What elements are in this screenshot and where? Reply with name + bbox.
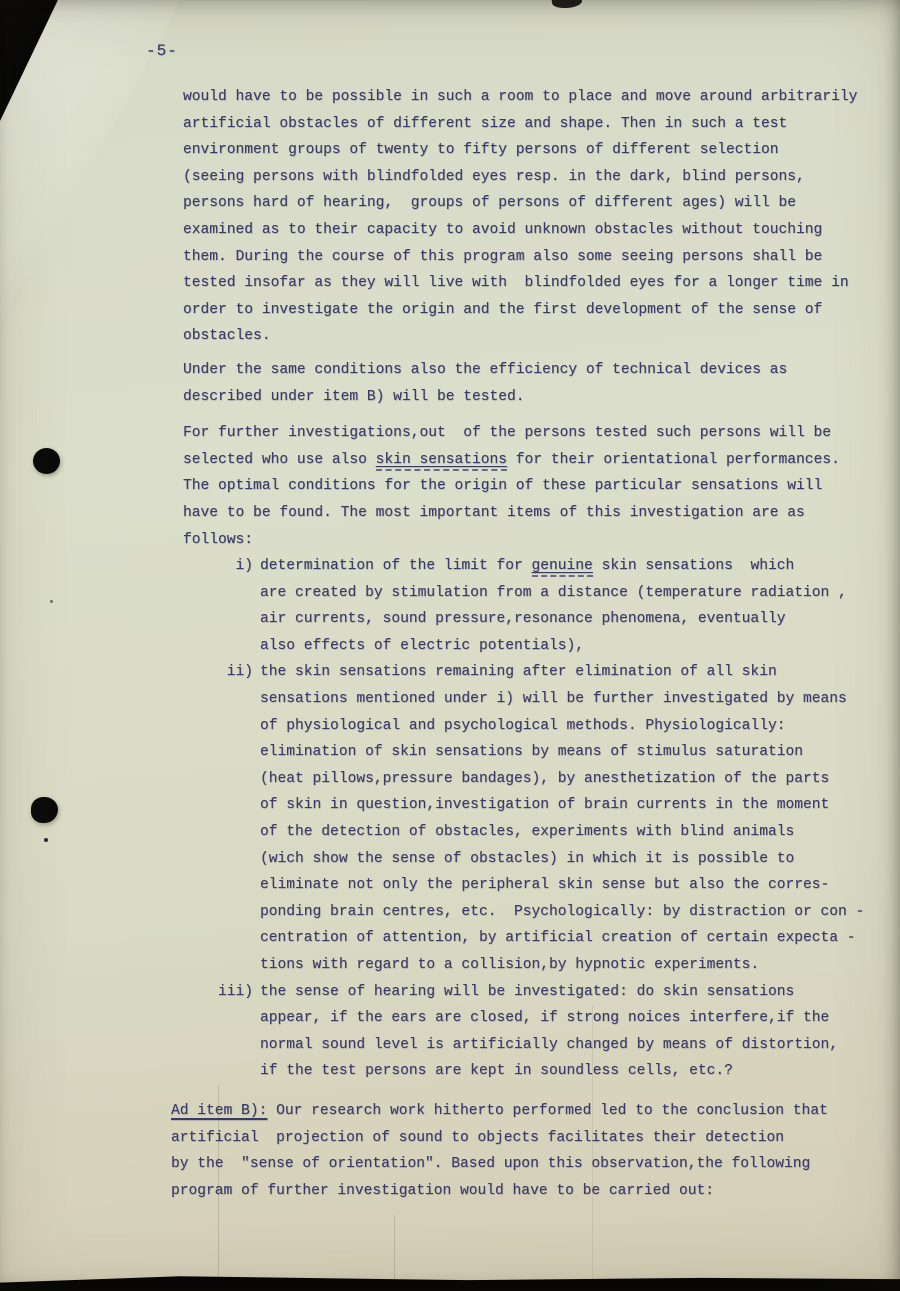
scan-artifact-top-mark: [551, 0, 582, 10]
ink-speck: [50, 600, 53, 603]
list-item-iii-text: the sense of hearing will be investigate…: [260, 979, 889, 1085]
hole-punch-bottom: [31, 797, 58, 823]
paragraph-technical-devices: Under the same conditions also the effic…: [183, 357, 889, 410]
paragraph-test-room: would have to be possible in such a room…: [183, 84, 889, 350]
scan-bottom-edge: [0, 1275, 900, 1291]
ink-speck: [44, 838, 48, 842]
page-number: -5-: [146, 42, 178, 60]
list-item-ii: ii) the skin sensations remaining after …: [183, 659, 889, 978]
document-body: would have to be possible in such a room…: [183, 84, 889, 1204]
list-item-i: i) determination of the limit for genuin…: [183, 553, 889, 659]
paper-crease: [394, 1215, 395, 1281]
hole-punch-top: [33, 448, 60, 474]
list-marker-i: i): [183, 553, 253, 659]
list-marker-ii: ii): [183, 659, 253, 978]
list-marker-iii: iii): [183, 979, 253, 1085]
paragraph-skin-sensations-intro: For further investigations,out of the pe…: [183, 420, 889, 553]
paragraph-ad-item-b: Ad item B): Our research work hitherto p…: [171, 1098, 889, 1204]
list-item-i-text: determination of the limit for genuine s…: [260, 553, 889, 659]
list-item-iii: iii) the sense of hearing will be invest…: [183, 979, 889, 1085]
scanned-document-page: -5- would have to be possible in such a …: [0, 0, 900, 1291]
list-item-ii-text: the skin sensations remaining after elim…: [260, 659, 889, 978]
